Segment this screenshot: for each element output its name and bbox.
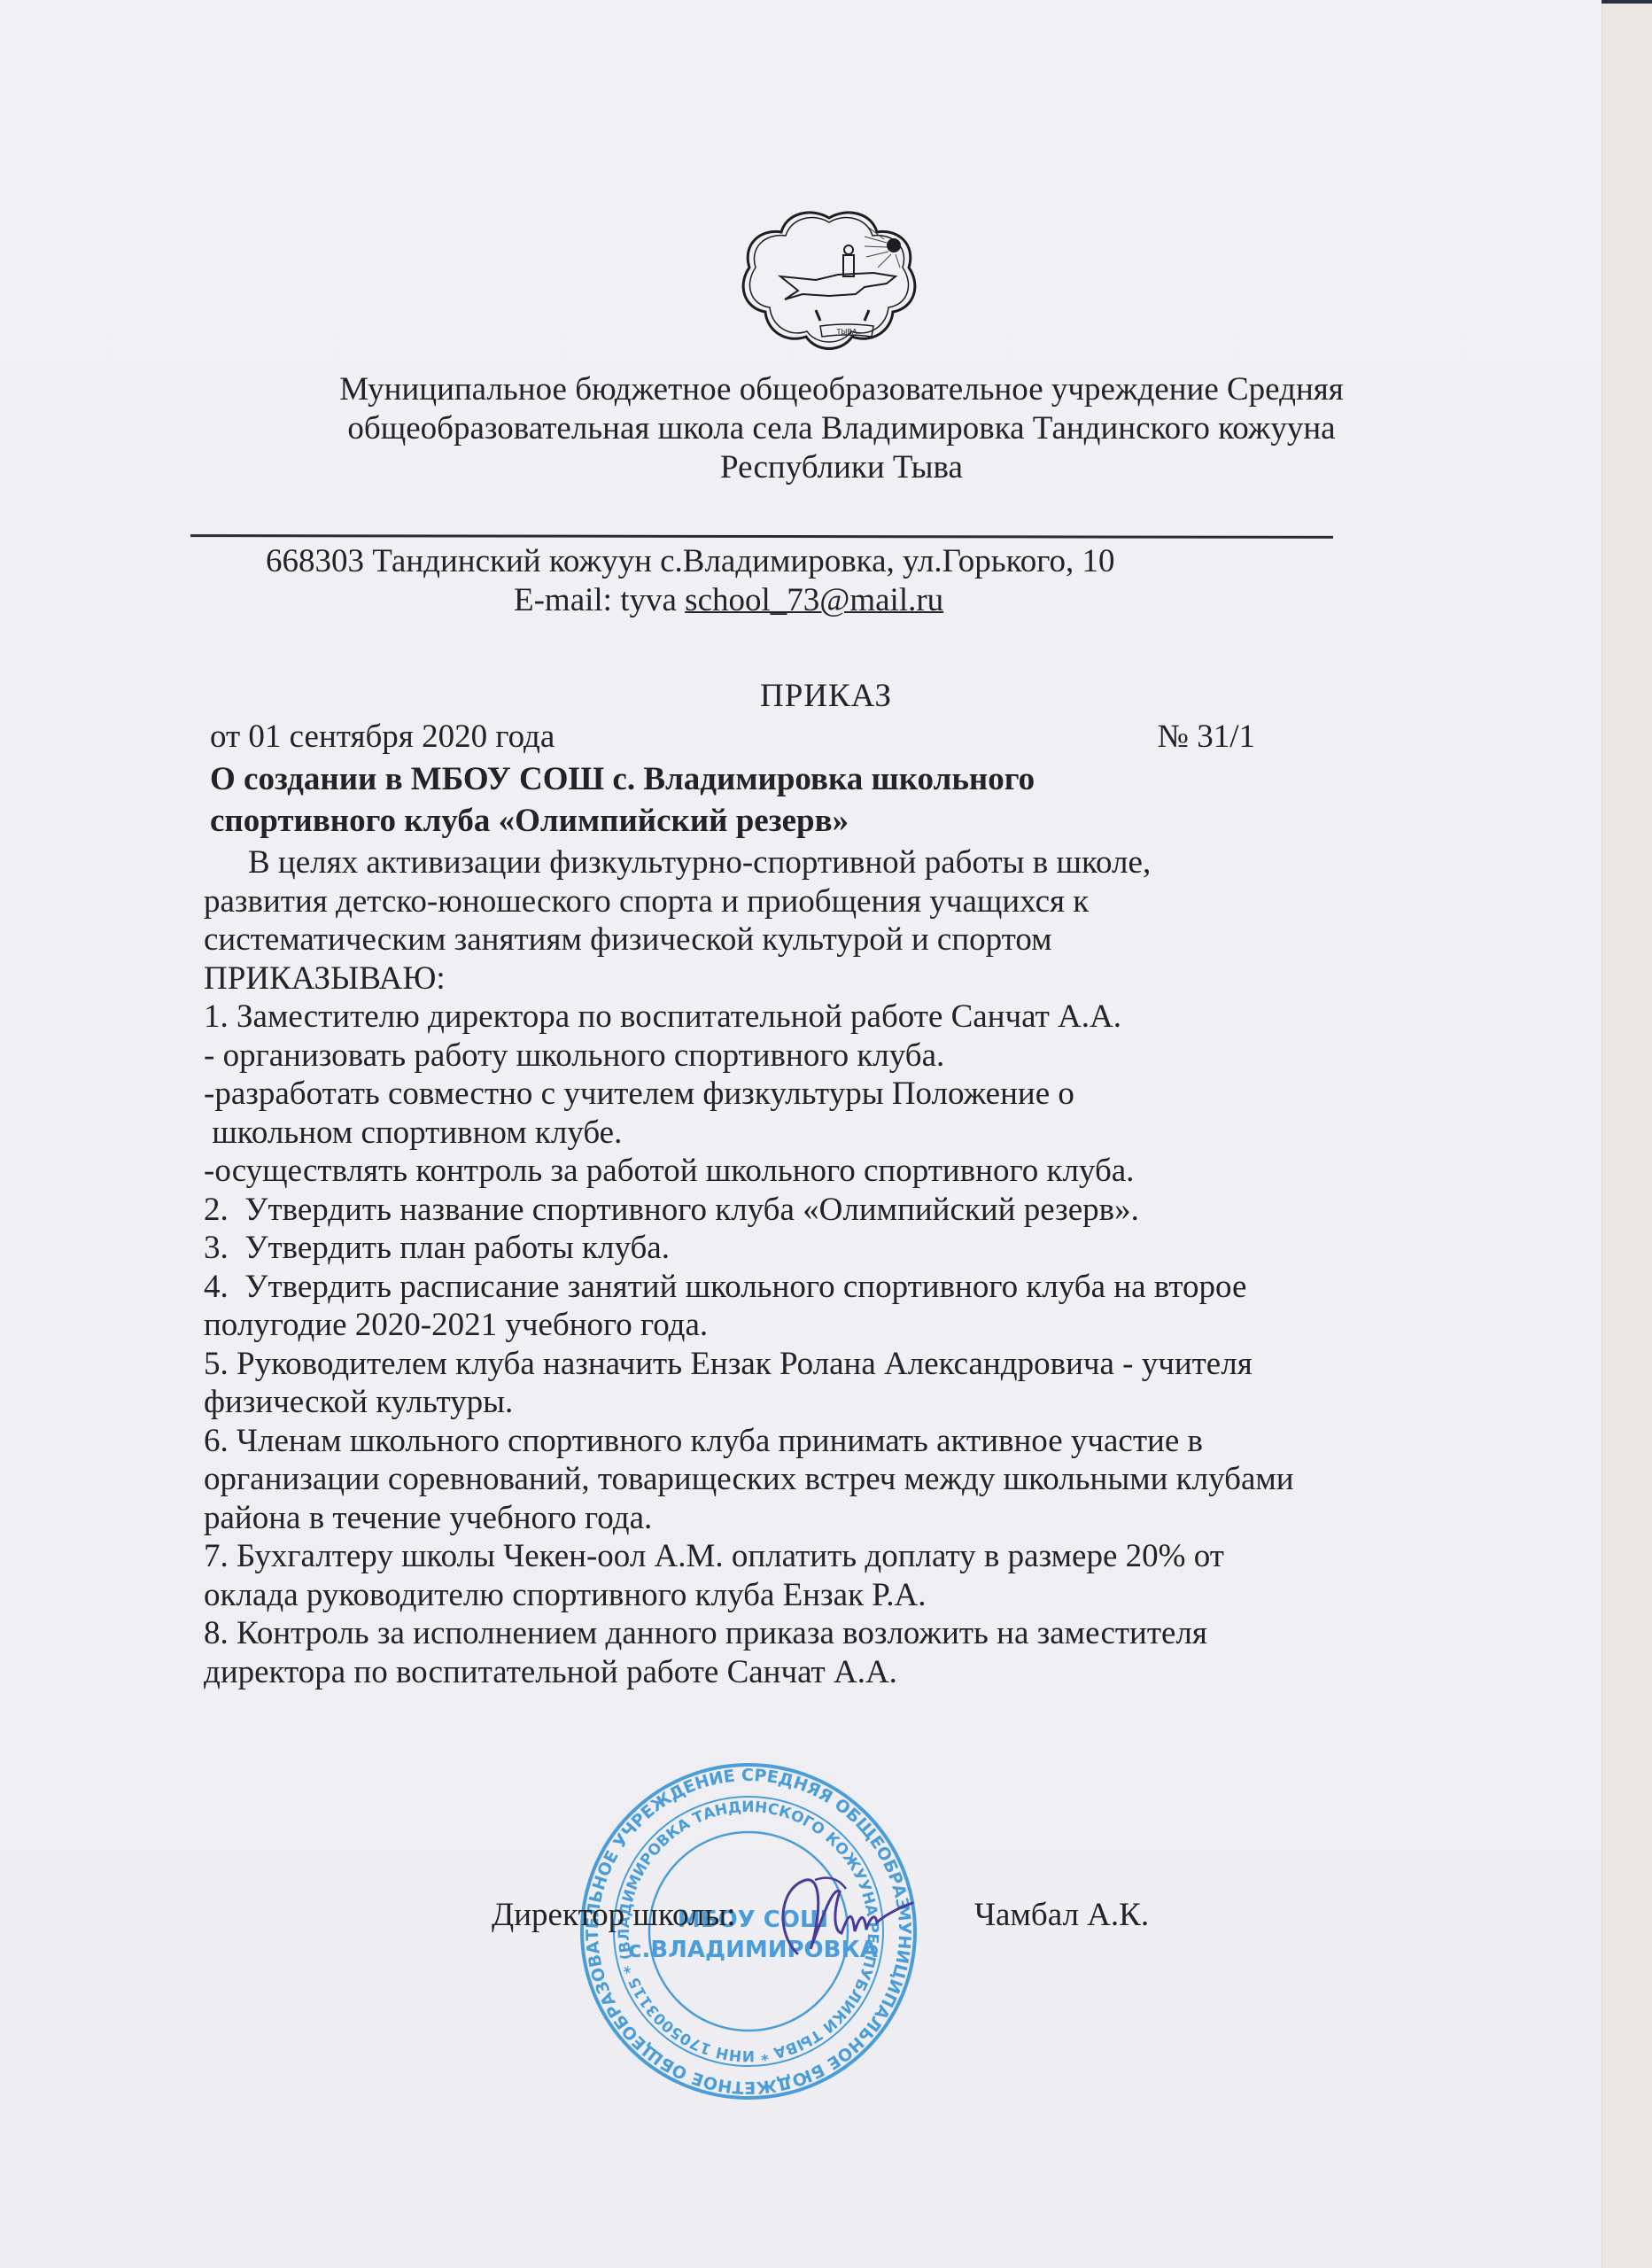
- scan-edge-top: [1602, 0, 1652, 4]
- item-line: полугодие 2020-2021 учебного года.: [204, 1306, 1462, 1345]
- item-line: школьном спортивном клубе.: [204, 1114, 1462, 1153]
- item-line: 5. Руководителем клуба назначить Ензак Р…: [204, 1345, 1462, 1384]
- header-line: Муниципальное бюджетное общеобразователь…: [177, 370, 1506, 409]
- item-line: района в течение учебного года.: [204, 1499, 1462, 1538]
- item-line: организации соревнований, товарищеских в…: [204, 1460, 1462, 1499]
- item-line: директора по воспитательной работе Санча…: [204, 1653, 1462, 1692]
- signature-block: Директор школы: Чамбал А.К.: [492, 1896, 736, 1935]
- email-label: E-mail: tyva: [514, 582, 685, 618]
- subject-line: О создании в МБОУ СОШ с. Владимировка шк…: [210, 758, 1361, 800]
- order-meta: от 01 сентября 2020 года № 31/1: [210, 718, 1255, 757]
- signature-name: Чамбал А.К.: [974, 1896, 1149, 1935]
- item-line: 6. Членам школьного спортивного клуба пр…: [204, 1422, 1462, 1461]
- item-line: 8. Контроль за исполнением данного прика…: [204, 1614, 1462, 1653]
- directive: ПРИКАЗЫВАЮ:: [204, 959, 1462, 998]
- order-date: от 01 сентября 2020 года: [210, 718, 555, 755]
- handwritten-signature-icon: [771, 1869, 948, 1967]
- item-line: - организовать работу школьного спортивн…: [204, 1037, 1462, 1076]
- email-link[interactable]: school_73@mail.ru: [685, 582, 943, 618]
- item-line: оклада руководителю спортивного клуба Ен…: [204, 1576, 1462, 1615]
- tuva-emblem-icon: ТЫВА: [732, 206, 927, 356]
- order-body: В целях активизации физкультурно-спортив…: [204, 843, 1462, 1691]
- header-line: общеобразовательная школа села Владимиро…: [177, 409, 1506, 448]
- item-line: 7. Бухгалтеру школы Чекен-оол А.М. оплат…: [204, 1537, 1462, 1576]
- postal-address: 668303 Тандинский кожуун с.Владимировка,…: [177, 542, 1506, 581]
- signature-role: Директор школы:: [492, 1897, 736, 1933]
- institution-header: Муниципальное бюджетное общеобразователь…: [177, 370, 1506, 487]
- preamble-line: В целях активизации физкультурно-спортив…: [204, 843, 1462, 882]
- item-line: 4. Утвердить расписание занятий школьног…: [204, 1268, 1462, 1307]
- order-number: № 31/1: [1158, 718, 1255, 757]
- item-line: физической культуры.: [204, 1383, 1462, 1422]
- email-line: E-mail: tyva school_73@mail.ru: [177, 581, 1506, 620]
- item-line: 2. Утвердить название спортивного клуба …: [204, 1191, 1462, 1230]
- item-line: 1. Заместителю директора по воспитательн…: [204, 998, 1462, 1037]
- preamble-line: систематическим занятиям физической куль…: [204, 920, 1462, 959]
- item-line: -разработать совместно с учителем физкул…: [204, 1075, 1462, 1114]
- svg-text:ТЫВА: ТЫВА: [836, 328, 857, 336]
- item-line: -осуществлять контроль за работой школьн…: [204, 1152, 1462, 1191]
- preamble-line: развития детско-юношеского спорта и прио…: [204, 882, 1462, 921]
- item-line: 3. Утвердить план работы клуба.: [204, 1229, 1462, 1268]
- address-block: 668303 Тандинский кожуун с.Владимировка,…: [177, 542, 1506, 620]
- header-line: Республики Тыва: [177, 448, 1506, 487]
- order-subject: О создании в МБОУ СОШ с. Владимировка шк…: [210, 758, 1361, 842]
- subject-line: спортивного клуба «Олимпийский резерв»: [210, 800, 1361, 842]
- order-title: ПРИКАЗ: [0, 677, 1652, 716]
- scan-edge: [1602, 0, 1652, 2268]
